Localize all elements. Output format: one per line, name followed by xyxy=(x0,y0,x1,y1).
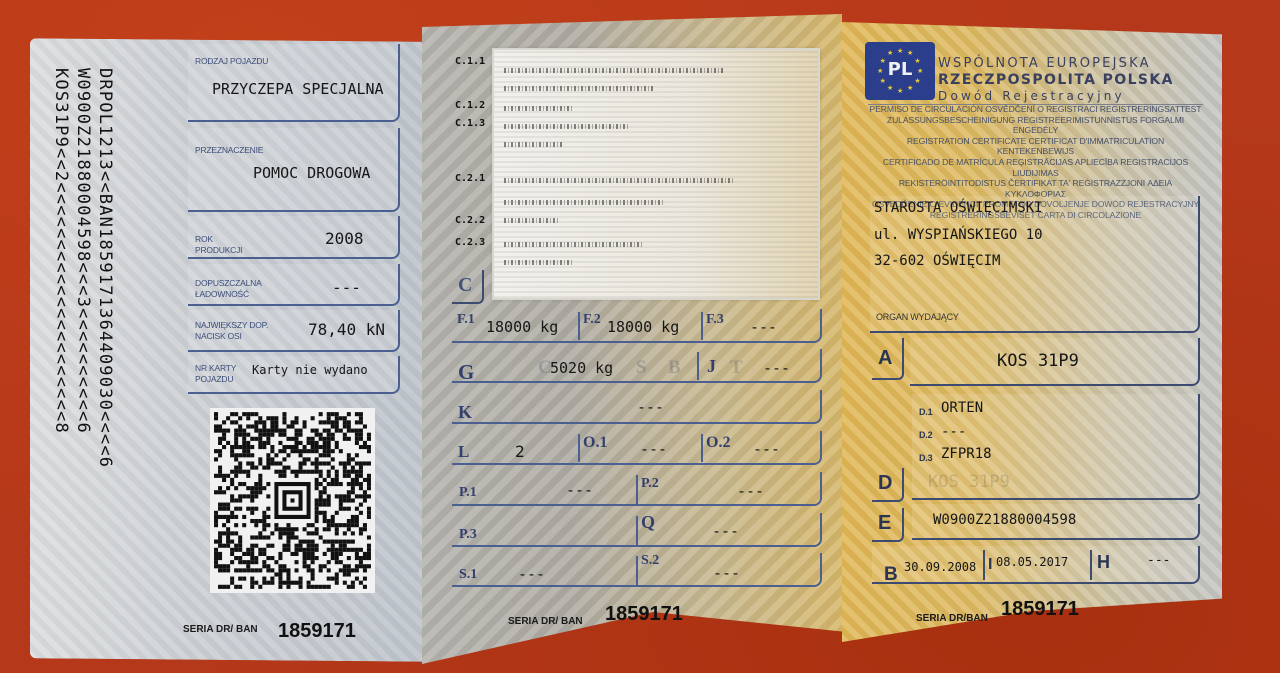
aztec-code-icon xyxy=(210,408,375,593)
value-g: 5020 kg xyxy=(550,359,613,377)
label-l: L xyxy=(458,442,469,462)
ghost-letter-b: B xyxy=(668,357,681,379)
value-s2: --- xyxy=(713,564,740,582)
eu-star-icon: ★ xyxy=(877,68,883,75)
header-document-title: Dowód Rejestracyjny xyxy=(938,89,1125,103)
eu-flag-icon: PL ★★★★★★★★★★★★ xyxy=(865,42,935,100)
label-f1: F.1 xyxy=(457,312,475,328)
mrz-line-3: KOS31P9<<2<<<<<<<<<<<<<<<<<<<<<8 xyxy=(50,68,72,468)
label-j: J xyxy=(707,356,716,377)
eu-star-icon: ★ xyxy=(887,85,893,92)
label-o1: O.1 xyxy=(583,434,607,452)
value-f3: --- xyxy=(750,318,777,336)
mrz-line-2: W0900Z21880004598<<<3<<<<<<<<<<6 xyxy=(72,68,94,468)
eu-star-icon: ★ xyxy=(914,58,920,65)
serial-number-left: 1859171 xyxy=(278,620,356,643)
value-s1: --- xyxy=(518,565,545,583)
issuer-label: ORGAN WYDAJĄCY xyxy=(876,312,959,323)
value-d1: ORTEN xyxy=(941,400,983,416)
label-vehicle-type: RODZAJ POJAZDU xyxy=(195,56,268,67)
section-a-box: A xyxy=(872,338,904,380)
divider xyxy=(578,312,580,340)
serial-number-right: 1859171 xyxy=(1001,598,1079,621)
label-o2: O.2 xyxy=(706,434,730,452)
header-eu: WSPÓLNOTA EUROPEJSKA xyxy=(938,56,1151,71)
vin-number: W0900Z21880004598 xyxy=(933,512,1076,528)
eu-star-icon: ★ xyxy=(887,50,893,57)
c-label-c13: C.1.3 xyxy=(455,118,485,129)
value-o2: --- xyxy=(753,440,780,458)
eu-star-icon: ★ xyxy=(914,78,920,85)
value-payload: --- xyxy=(332,278,361,297)
issuer-line-2: ul. WYSPIAŃSKIEGO 10 xyxy=(874,227,1043,243)
label-payload: DOPUSZCZALNA ŁADOWNOŚĆ xyxy=(195,278,280,300)
first-registration-date: 30.09.2008 xyxy=(904,560,976,574)
mrz-line-1: DRPOL1213<<BAN1859171364409030<<<<6 xyxy=(94,68,116,468)
header-country: RZECZPOSPOLITA POLSKA xyxy=(938,72,1174,88)
label-q: Q xyxy=(641,512,655,533)
eu-star-icon: ★ xyxy=(907,50,913,57)
eu-star-icon: ★ xyxy=(880,78,886,85)
eu-star-icon: ★ xyxy=(897,88,903,95)
value-max-axle-load: 78,40 kN xyxy=(308,320,385,339)
label-k: K xyxy=(458,402,472,423)
value-purpose: POMOC DROGOWA xyxy=(253,164,370,182)
value-p1: --- xyxy=(566,481,593,499)
ghost-letter-t: T xyxy=(730,357,743,379)
value-vehicle-card-number: Karty nie wydano xyxy=(252,363,368,377)
label-d1: D.1 xyxy=(919,407,932,418)
label-g: G xyxy=(458,360,474,385)
label-f3: F.3 xyxy=(706,312,724,328)
value-f2: 18000 kg xyxy=(607,318,679,336)
value-o1: --- xyxy=(640,440,667,458)
serial-label-left: SERIA DR/ BAN xyxy=(183,624,258,635)
ghost-letter-s: S xyxy=(636,357,647,379)
divider xyxy=(697,352,699,380)
serial-number-middle: 1859171 xyxy=(605,603,683,626)
value-h: --- xyxy=(1147,553,1170,568)
label-b: B xyxy=(884,564,898,586)
label-f2: F.2 xyxy=(583,312,601,328)
eu-star-icon: ★ xyxy=(917,68,923,75)
value-k: --- xyxy=(637,398,664,416)
value-p2: --- xyxy=(737,482,764,500)
c-label-c23: C.2.3 xyxy=(455,237,485,248)
divider xyxy=(636,475,638,505)
label-purpose: PRZEZNACZENIE xyxy=(195,145,263,156)
value-q: --- xyxy=(712,522,739,540)
label-s2: S.2 xyxy=(641,553,659,569)
c-label-c11: C.1.1 xyxy=(455,56,485,67)
label-p1: P.1 xyxy=(459,485,477,501)
section-e-letter: E xyxy=(872,508,904,542)
value-j: --- xyxy=(763,359,790,377)
divider xyxy=(578,434,580,462)
label-production-year: ROK PRODUKCJI xyxy=(195,234,255,256)
eu-star-icon: ★ xyxy=(897,48,903,55)
value-d3: ZFPR18 xyxy=(941,446,992,462)
redacted-owner-info xyxy=(492,48,820,300)
divider xyxy=(636,516,638,546)
serial-label-right: SERIA DR/BAN xyxy=(916,613,988,624)
section-d-letter: D xyxy=(872,468,904,502)
c-label-c21: C.2.1 xyxy=(455,173,485,184)
label-h: H xyxy=(1097,552,1110,573)
registration-number: KOS 31P9 xyxy=(997,351,1079,371)
c-label-c22: C.2.2 xyxy=(455,215,485,226)
serial-label-middle: SERIA DR/ BAN xyxy=(508,616,583,627)
eu-star-icon: ★ xyxy=(880,58,886,65)
divider xyxy=(701,434,703,462)
value-production-year: 2008 xyxy=(325,229,364,248)
c-label-c12: C.1.2 xyxy=(455,100,485,111)
issuer-line-1: STAROSTA OŚWIĘCIMSKI xyxy=(874,200,1043,216)
label-d3: D.3 xyxy=(919,453,932,464)
label-p3: P.3 xyxy=(459,527,477,543)
label-p2: P.2 xyxy=(641,476,659,492)
label-vehicle-card-number: NR KARTY POJAZDU xyxy=(195,363,250,385)
label-s1: S.1 xyxy=(459,567,477,583)
ghost-registration-hologram: KOS 31P9 xyxy=(928,472,1010,492)
divider xyxy=(636,556,638,586)
value-l: 2 xyxy=(515,442,525,461)
divider xyxy=(983,550,985,580)
divider xyxy=(701,312,703,340)
eu-star-icon: ★ xyxy=(907,85,913,92)
issue-date: 08.05.2017 xyxy=(996,555,1068,569)
value-f1: 18000 kg xyxy=(486,318,558,336)
label-d2: D.2 xyxy=(919,430,932,441)
issuer-line-3: 32-602 OŚWIĘCIM xyxy=(874,253,1000,269)
section-c-box: C xyxy=(452,270,484,304)
machine-readable-zone: DRPOL1213<<BAN1859171364409030<<<<6 W090… xyxy=(50,68,116,468)
divider xyxy=(1090,550,1092,580)
label-i: I xyxy=(988,556,992,574)
label-max-axle-load: NAJWIĘKSZY DOP. NACISK OSI xyxy=(195,320,285,342)
value-d2: --- xyxy=(941,424,966,440)
value-vehicle-type: PRZYCZEPA SPECJALNA xyxy=(212,80,384,98)
